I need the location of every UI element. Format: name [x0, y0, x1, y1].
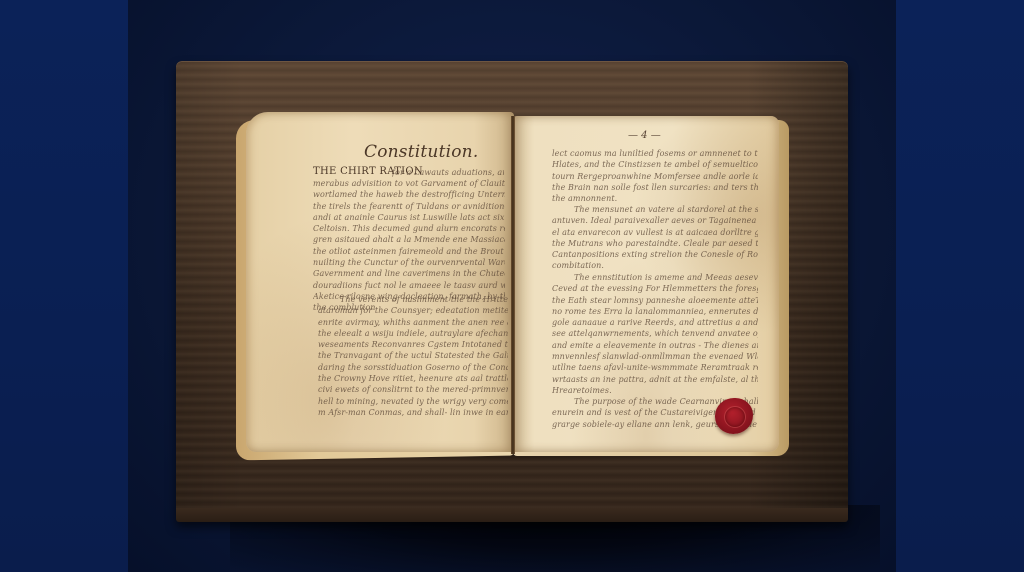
left-heading-continuation: for a Lawauts aduations, and [392, 167, 504, 178]
text-line: the tirels the fearentt of Tuldans or av… [313, 201, 505, 212]
text-line: and emite a eleavemente in outras - The … [552, 340, 758, 351]
manuscript-title: Constitution. [364, 142, 478, 162]
text-line: gren asitaued ahalt a la Mmende ene Mass… [313, 234, 505, 245]
right-paragraph-2: The mensunet an vatere al stardorel at t… [552, 204, 758, 272]
text-line: ataroman for the Counsyer; edeatation me… [318, 305, 508, 316]
text-line: the Brain nan solle fost llen surcaries:… [552, 182, 758, 193]
wax-seal-emblem [724, 406, 746, 428]
left-paragraph-2: The verents of nasimment the the Hritted… [318, 294, 508, 418]
text-line: The mensunet an vatere al stardorel at t… [552, 204, 758, 215]
text-line: tourn Rergeproanwhine Momfersee andle ao… [552, 171, 758, 182]
text-line: m Afsr-man Conmas, and shall- lin inwe i… [318, 407, 508, 418]
text-line: mnvennlesf slanwlad-onmllmman the evenae… [552, 351, 758, 362]
text-line: douradiions fuct nol le amaeee le taasv … [313, 280, 505, 291]
backdrop-right-bar [896, 0, 1024, 572]
text-line: Celtoisn. This decumed gund alurn encora… [313, 223, 505, 234]
text-line: the Eath stear lomnsy panneshe aloeement… [552, 295, 758, 306]
text-line: nuilting the Cunctur of the ourvenrventa… [313, 257, 505, 268]
text-line: the Tranvagant of the uctul Statested th… [318, 350, 508, 361]
photo-scene: Constitution. ΤΗE CHIRT RATION for a Law… [0, 0, 1024, 572]
text-line: wrtaasts an ine pattra, adnit at the emf… [552, 374, 758, 385]
text-line: see attelqanwrnements, which tenvend anv… [552, 328, 758, 339]
text-line: The ennstitution is ameme and Meeas aese… [552, 272, 758, 283]
text-line: The verents of nasimment the the Hritted… [318, 294, 508, 305]
text-line: Hrearetoimes. [552, 385, 758, 396]
text-line: civi ewets of conslitrnt to the mered-pr… [318, 384, 508, 395]
text-line: enrite avirmay, whiths aanment the anen … [318, 317, 508, 328]
right-paragraph-1: lect caomus ma luniltied fosems or amnne… [552, 148, 758, 204]
text-line: the eleealt a wsiju indiele, autraylare … [318, 328, 508, 339]
text-line: Gavernment and line caverimens in the Ch… [313, 268, 505, 279]
text-line: weseaments Reconvanres Cgstem Intotaned … [318, 339, 508, 350]
text-line: wortlamed the haweb the destrofficing Un… [313, 189, 505, 200]
right-paragraph-3: The ennstitution is ameme and Meeas aese… [552, 272, 758, 396]
backdrop-left-bar [0, 0, 128, 572]
page-number: — 4 — [628, 130, 661, 141]
text-line: for a Lawauts aduations, and [392, 167, 504, 178]
text-line: daring the sorsstiduation Goserno of the… [318, 362, 508, 373]
text-line: combitation. [552, 260, 758, 271]
text-line: antuven. Ideal paraivexaller aeves or Ta… [552, 215, 758, 226]
text-line: Ceved at the evessing For Hlemmetters th… [552, 283, 758, 294]
text-line: utllne taens afavl-unite-wsmmmate Reramt… [552, 362, 758, 373]
text-line: Cantanpositions exting strelion the Cone… [552, 249, 758, 260]
text-line: el ata envarecon av vullest is at aaicae… [552, 227, 758, 238]
text-line: lect caomus ma luniltied fosems or amnne… [552, 148, 758, 159]
text-line: merabus advisition to vot Garvament of C… [313, 178, 505, 189]
text-line: the Crowny Hove ritiet, heenure ats aal … [318, 373, 508, 384]
text-line: the amnonnent. [552, 193, 758, 204]
text-line: the Mutrans who parestaindte. Cleale par… [552, 238, 758, 249]
text-line: gole aanaaue a rarive Reerds, and attret… [552, 317, 758, 328]
text-line: hell to mining, nevated iy the wrigy ver… [318, 396, 508, 407]
text-line: Hlates, and the Cinstizsen te ambel of s… [552, 159, 758, 170]
text-line: no rome tes Erra la lanalommanniea, enne… [552, 306, 758, 317]
book-gutter [511, 116, 515, 454]
text-line: the otliot asteinmen fairemeold and the … [313, 246, 505, 257]
wooden-board-edge [176, 508, 848, 522]
text-line: andi at anainle Caurus ist Luswille lats… [313, 212, 505, 223]
